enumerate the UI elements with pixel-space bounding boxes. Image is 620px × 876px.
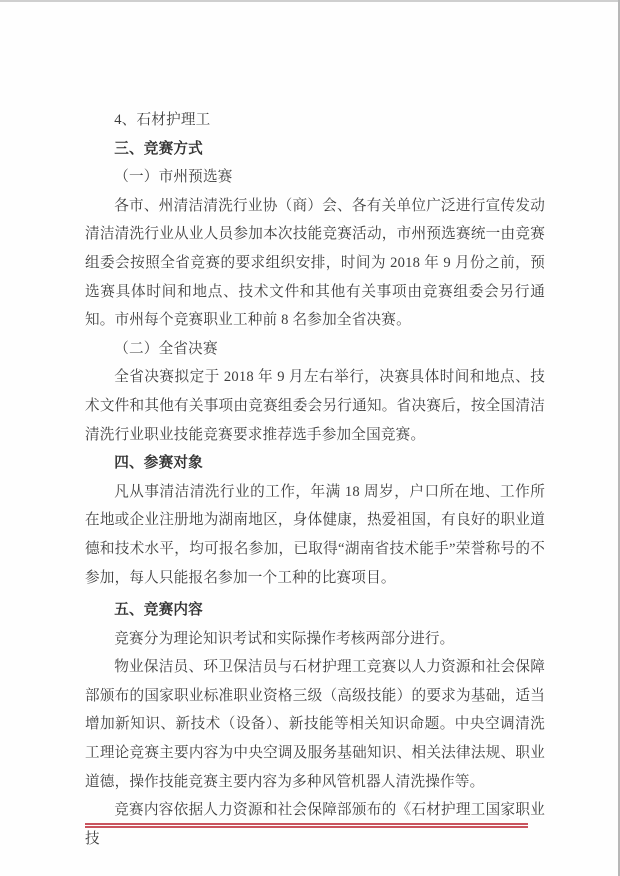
footer-red-double-rule bbox=[85, 823, 528, 828]
section-heading-competition-method: 三、竞赛方式 bbox=[85, 135, 545, 164]
subheading-provincial-final: （二）全省决赛 bbox=[85, 335, 545, 364]
scan-edge-top bbox=[0, 0, 620, 2]
section-heading-participants: 四、参赛对象 bbox=[85, 449, 545, 478]
paragraph-city-preliminary-detail: 各市、州清洁清洗行业协（商）会、各有关单位广泛进行宣传发动清洁清洗行业从业人员参… bbox=[85, 192, 545, 335]
paragraph-participants-detail: 凡从事清洁清洗行业的工作，年满 18 周岁，户口所在地、工作所在地或企业注册地为… bbox=[85, 478, 545, 592]
paragraph-provincial-final-detail: 全省决赛拟定于 2018 年 9 月左右举行，决赛具体时间和地点、技术文件和其他… bbox=[85, 363, 545, 449]
section-heading-competition-content: 五、竞赛内容 bbox=[85, 596, 545, 625]
paragraph-content-detail: 物业保洁员、环卫保洁员与石材护理工竞赛以人力资源和社会保障部颁布的国家职业标准职… bbox=[85, 653, 545, 796]
list-item-stone-care-worker: 4、石材护理工 bbox=[85, 106, 545, 135]
document-body: 4、石材护理工 三、竞赛方式 （一）市州预选赛 各市、州清洁清洗行业协（商）会、… bbox=[85, 106, 545, 853]
subheading-city-preliminary: （一）市州预选赛 bbox=[85, 163, 545, 192]
paragraph-content-overview: 竞赛分为理论知识考试和实际操作考核两部分进行。 bbox=[85, 625, 545, 654]
document-page: 4、石材护理工 三、竞赛方式 （一）市州预选赛 各市、州清洁清洗行业协（商）会、… bbox=[0, 0, 620, 876]
